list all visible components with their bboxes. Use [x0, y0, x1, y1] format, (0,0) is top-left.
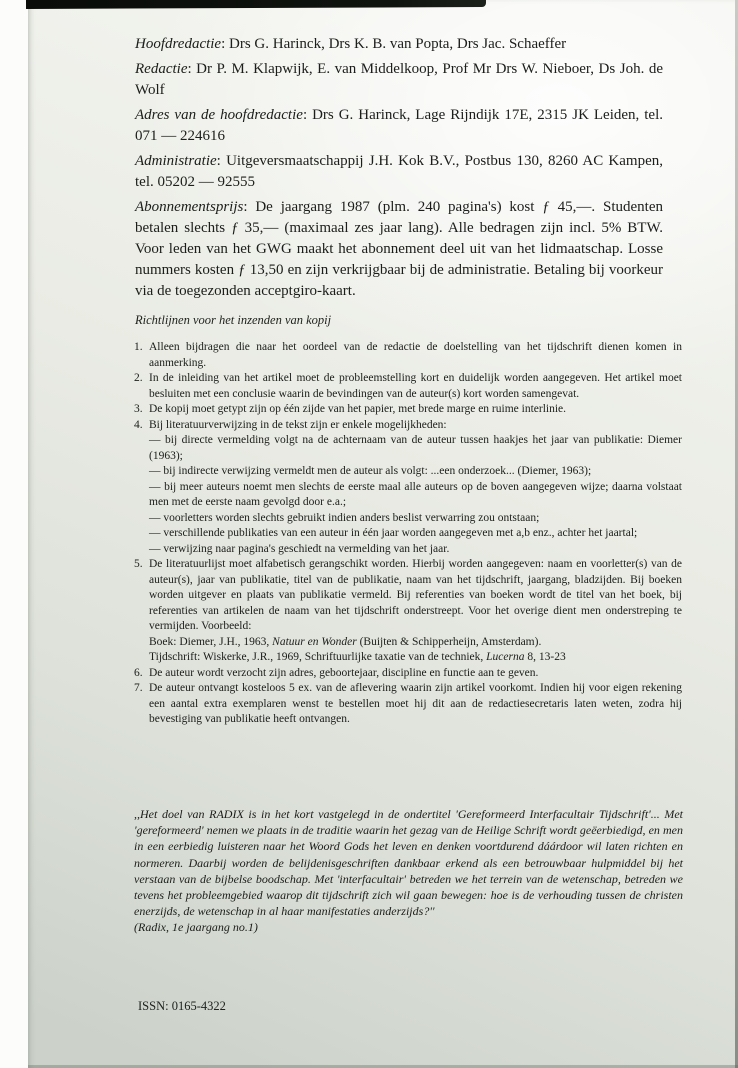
- italic-text-run: Natuur en Wonder: [272, 636, 357, 648]
- italic-text-run: Redactie: [135, 61, 187, 77]
- guideline-item-number: 2.: [134, 371, 143, 387]
- guideline-paragraph: De auteur ontvangt kosteloos 5 ex. van d…: [149, 681, 682, 728]
- scanned-page: Hoofdredactie: Drs G. Harinck, Drs K. B.…: [0, 0, 738, 1068]
- guideline-item-body: De literatuurlijst moet alfabetisch gera…: [149, 557, 682, 666]
- italic-text-run: Administratie: [135, 153, 217, 169]
- guideline-item-body: De auteur wordt verzocht zijn adres, geb…: [149, 666, 682, 682]
- guideline-paragraph: — verschillende publikaties van een aute…: [149, 526, 682, 542]
- issn-line: ISSN: 0165-4322: [138, 999, 226, 1014]
- guideline-item-body: De kopij moet getypt zijn op één zijde v…: [149, 402, 682, 418]
- italic-text-run: Lucerna: [486, 651, 524, 663]
- text-run: : De jaargang 1987 (plm. 240 pagina's) k…: [243, 199, 542, 215]
- guideline-paragraph: De kopij moet getypt zijn op één zijde v…: [149, 402, 682, 418]
- guideline-item: 2.In de inleiding van het artikel moet d…: [134, 371, 682, 402]
- guideline-item-number: 6.: [134, 666, 143, 682]
- guideline-item: 7.De auteur ontvangt kosteloos 5 ex. van…: [134, 681, 682, 728]
- text-run: — voorletters worden slechts gebruikt in…: [149, 512, 539, 524]
- founding-quote: ,,Het doel van RADIX is in het kort vast…: [134, 806, 683, 936]
- guideline-item-body: Bij literatuurverwijzing in de tekst zij…: [149, 418, 682, 558]
- guideline-paragraph: — bij meer auteurs noemt men slechts de …: [149, 480, 682, 511]
- guideline-item: 5.De literatuurlijst moet alfabetisch ge…: [134, 557, 682, 666]
- quote-text: ,,Het doel van RADIX is in het kort vast…: [134, 806, 683, 919]
- italic-text-run: ƒ: [238, 262, 246, 278]
- text-run: De literatuurlijst moet alfabetisch gera…: [149, 558, 682, 632]
- colophon-paragraph: Hoofdredactie: Drs G. Harinck, Drs K. B.…: [135, 34, 663, 55]
- text-run: (Buijten & Schipperheijn, Amsterdam).: [357, 636, 542, 648]
- italic-text-run: Hoofdredactie: [135, 36, 221, 52]
- guideline-paragraph: Alleen bijdragen die naar het oordeel va…: [149, 340, 682, 371]
- colophon-paragraph: Administratie: Uitgeversmaatschappij J.H…: [135, 151, 663, 193]
- text-run: Bij literatuurverwijzing in de tekst zij…: [149, 419, 447, 431]
- guideline-paragraph: Tijdschrift: Wiskerke, J.R., 1969, Schri…: [149, 650, 682, 666]
- guidelines-heading: Richtlijnen voor het inzenden van kopij: [135, 313, 331, 328]
- text-run: — verwijzing naar pagina's geschiedt na …: [149, 543, 449, 555]
- colophon-paragraph: Redactie: Dr P. M. Klapwijk, E. van Midd…: [135, 59, 663, 101]
- text-run: : Dr P. M. Klapwijk, E. van Middelkoop, …: [135, 61, 663, 98]
- quote-attribution: (Radix, 1e jaargang no.1): [134, 919, 683, 935]
- guideline-item: 6.De auteur wordt verzocht zijn adres, g…: [134, 666, 682, 682]
- guideline-item-number: 3.: [134, 402, 143, 418]
- guideline-item-number: 5.: [134, 557, 143, 573]
- text-run: De kopij moet getypt zijn op één zijde v…: [149, 403, 566, 415]
- guideline-paragraph: — bij indirecte verwijzing vermeldt men …: [149, 464, 682, 480]
- text-run: Boek: Diemer, J.H., 1963,: [149, 636, 272, 648]
- text-run: — verschillende publikaties van een aute…: [149, 527, 637, 539]
- italic-text-run: ƒ: [231, 220, 239, 236]
- guideline-paragraph: Bij literatuurverwijzing in de tekst zij…: [149, 418, 682, 434]
- colophon-block: Hoofdredactie: Drs G. Harinck, Drs K. B.…: [135, 34, 663, 306]
- italic-text-run: ƒ: [542, 199, 550, 215]
- text-run: De auteur wordt verzocht zijn adres, geb…: [149, 667, 538, 679]
- text-run: : Drs G. Harinck, Drs K. B. van Popta, D…: [221, 36, 566, 52]
- text-run: Alleen bijdragen die naar het oordeel va…: [149, 341, 682, 369]
- italic-text-run: Abonnementsprijs: [135, 199, 243, 215]
- guideline-paragraph: De auteur wordt verzocht zijn adres, geb…: [149, 666, 682, 682]
- guideline-paragraph: Boek: Diemer, J.H., 1963, Natuur en Wond…: [149, 635, 682, 651]
- guideline-paragraph: — bij directe vermelding volgt na de ach…: [149, 433, 682, 464]
- guideline-paragraph: In de inleiding van het artikel moet de …: [149, 371, 682, 402]
- guideline-paragraph: — verwijzing naar pagina's geschiedt na …: [149, 542, 682, 558]
- guideline-item-body: De auteur ontvangt kosteloos 5 ex. van d…: [149, 681, 682, 728]
- guideline-paragraph: De literatuurlijst moet alfabetisch gera…: [149, 557, 682, 635]
- text-run: — bij meer auteurs noemt men slechts de …: [149, 481, 682, 509]
- guidelines-list: 1.Alleen bijdragen die naar het oordeel …: [134, 340, 682, 728]
- page-surface: Hoofdredactie: Drs G. Harinck, Drs K. B.…: [28, 0, 735, 1068]
- colophon-paragraph: Abonnementsprijs: De jaargang 1987 (plm.…: [135, 197, 663, 302]
- guideline-item-body: Alleen bijdragen die naar het oordeel va…: [149, 340, 682, 371]
- text-run: 8, 13-23: [524, 651, 565, 663]
- colophon-paragraph: Adres van de hoofdredactie: Drs G. Harin…: [135, 105, 663, 147]
- guideline-item: 3.De kopij moet getypt zijn op één zijde…: [134, 402, 682, 418]
- guideline-item-number: 4.: [134, 418, 143, 434]
- scanner-edge-left: [0, 0, 28, 1068]
- text-run: Tijdschrift: Wiskerke, J.R., 1969, Schri…: [149, 651, 486, 663]
- italic-text-run: Adres van de hoofdredactie: [135, 107, 303, 123]
- text-run: — bij directe vermelding volgt na de ach…: [149, 434, 682, 462]
- text-run: De auteur ontvangt kosteloos 5 ex. van d…: [149, 682, 682, 725]
- guideline-item: 4.Bij literatuurverwijzing in de tekst z…: [134, 418, 682, 558]
- guideline-item-number: 1.: [134, 340, 143, 356]
- text-run: In de inleiding van het artikel moet de …: [149, 372, 682, 400]
- guideline-paragraph: — voorletters worden slechts gebruikt in…: [149, 511, 682, 527]
- text-run: — bij indirecte verwijzing vermeldt men …: [149, 465, 591, 477]
- guideline-item-body: In de inleiding van het artikel moet de …: [149, 371, 682, 402]
- guideline-item-number: 7.: [134, 681, 143, 697]
- guideline-item: 1.Alleen bijdragen die naar het oordeel …: [134, 340, 682, 371]
